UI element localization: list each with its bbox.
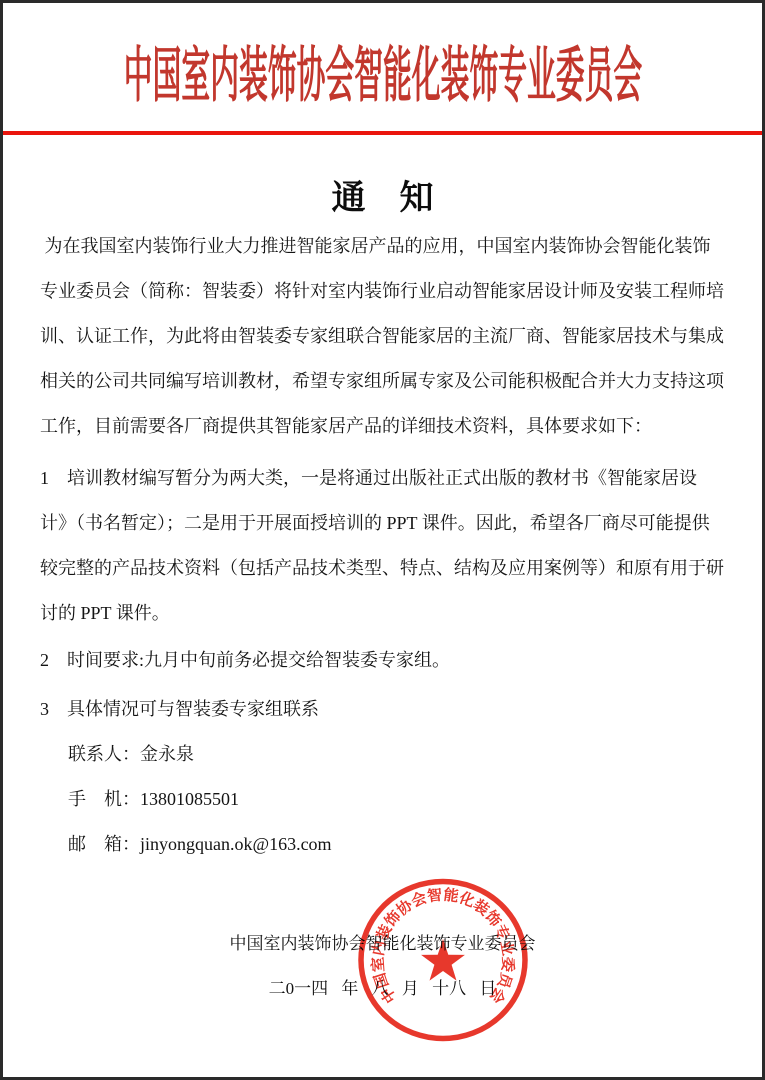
signature-line: 中国室内装饰协会智能化装饰专业委员会	[3, 921, 762, 966]
paragraph-line: 较完整的产品技术资料（包括产品技术类型、特点、结构及应用案例等）和原有用于研	[40, 546, 728, 591]
date-line: 二0一四 年 八 月 十八 日	[3, 966, 762, 1011]
letterhead-org-name: 中国室内装饰协会智能化装饰专业委员会	[123, 47, 641, 105]
paragraph-line: 训、认证工作，为此将由智装委专家组联合智能家居的主流厂商、智能家居技术与集成	[40, 314, 728, 359]
contact-phone-line: 手 机：13801085501	[68, 777, 728, 822]
paragraph-line: 讨的 PPT 课件。	[40, 591, 728, 636]
numbered-item-3: 3 具体情况可与智装委专家组联系	[40, 687, 728, 732]
numbered-item-1: 1 培训教材编写暂分为两大类，一是将通过出版社正式出版的教材书《智能家居设 计》…	[40, 456, 728, 636]
document-page: 中国室内装饰协会智能化装饰专业委员会 通 知 为在我国室内装饰行业大力推进智能家…	[0, 0, 765, 1080]
paragraph-line: 为在我国室内装饰行业大力推进智能家居产品的应用，中国室内装饰协会智能化装饰	[40, 224, 728, 269]
letterhead: 中国室内装饰协会智能化装饰专业委员会	[3, 47, 762, 105]
contact-person-line: 联系人：金永泉	[68, 732, 728, 777]
letterhead-divider-rule	[3, 131, 762, 135]
paragraph-line: 专业委员会（简称：智装委）将针对室内装饰行业启动智能家居设计师及安装工程师培	[40, 269, 728, 314]
intro-paragraph: 为在我国室内装饰行业大力推进智能家居产品的应用，中国室内装饰协会智能化装饰 专业…	[40, 224, 728, 449]
paragraph-line: 计》（书名暂定）；二是用于开展面授培训的 PPT 课件。因此，希望各厂商尽可能提…	[40, 501, 728, 546]
paragraph-line: 工作，目前需要各厂商提供其智能家居产品的详细技术资料，具体要求如下：	[40, 404, 728, 449]
numbered-item-2: 2 时间要求:九月中旬前务必提交给智装委专家组。	[40, 638, 728, 683]
paragraph-line: 2 时间要求:九月中旬前务必提交给智装委专家组。	[40, 638, 728, 683]
paragraph-line: 3 具体情况可与智装委专家组联系	[40, 687, 728, 732]
contact-email-line: 邮 箱：jinyongquan.ok@163.com	[68, 822, 728, 867]
contact-block: 联系人：金永泉 手 机：13801085501 邮 箱：jinyongquan.…	[68, 732, 728, 867]
document-body: 为在我国室内装饰行业大力推进智能家居产品的应用，中国室内装饰协会智能化装饰 专业…	[40, 224, 728, 867]
paragraph-line: 相关的公司共同编写培训教材，希望专家组所属专家及公司能积极配合并大力支持这项	[40, 359, 728, 404]
notice-title: 通 知	[3, 179, 762, 219]
paragraph-line: 1 培训教材编写暂分为两大类，一是将通过出版社正式出版的教材书《智能家居设	[40, 456, 728, 501]
